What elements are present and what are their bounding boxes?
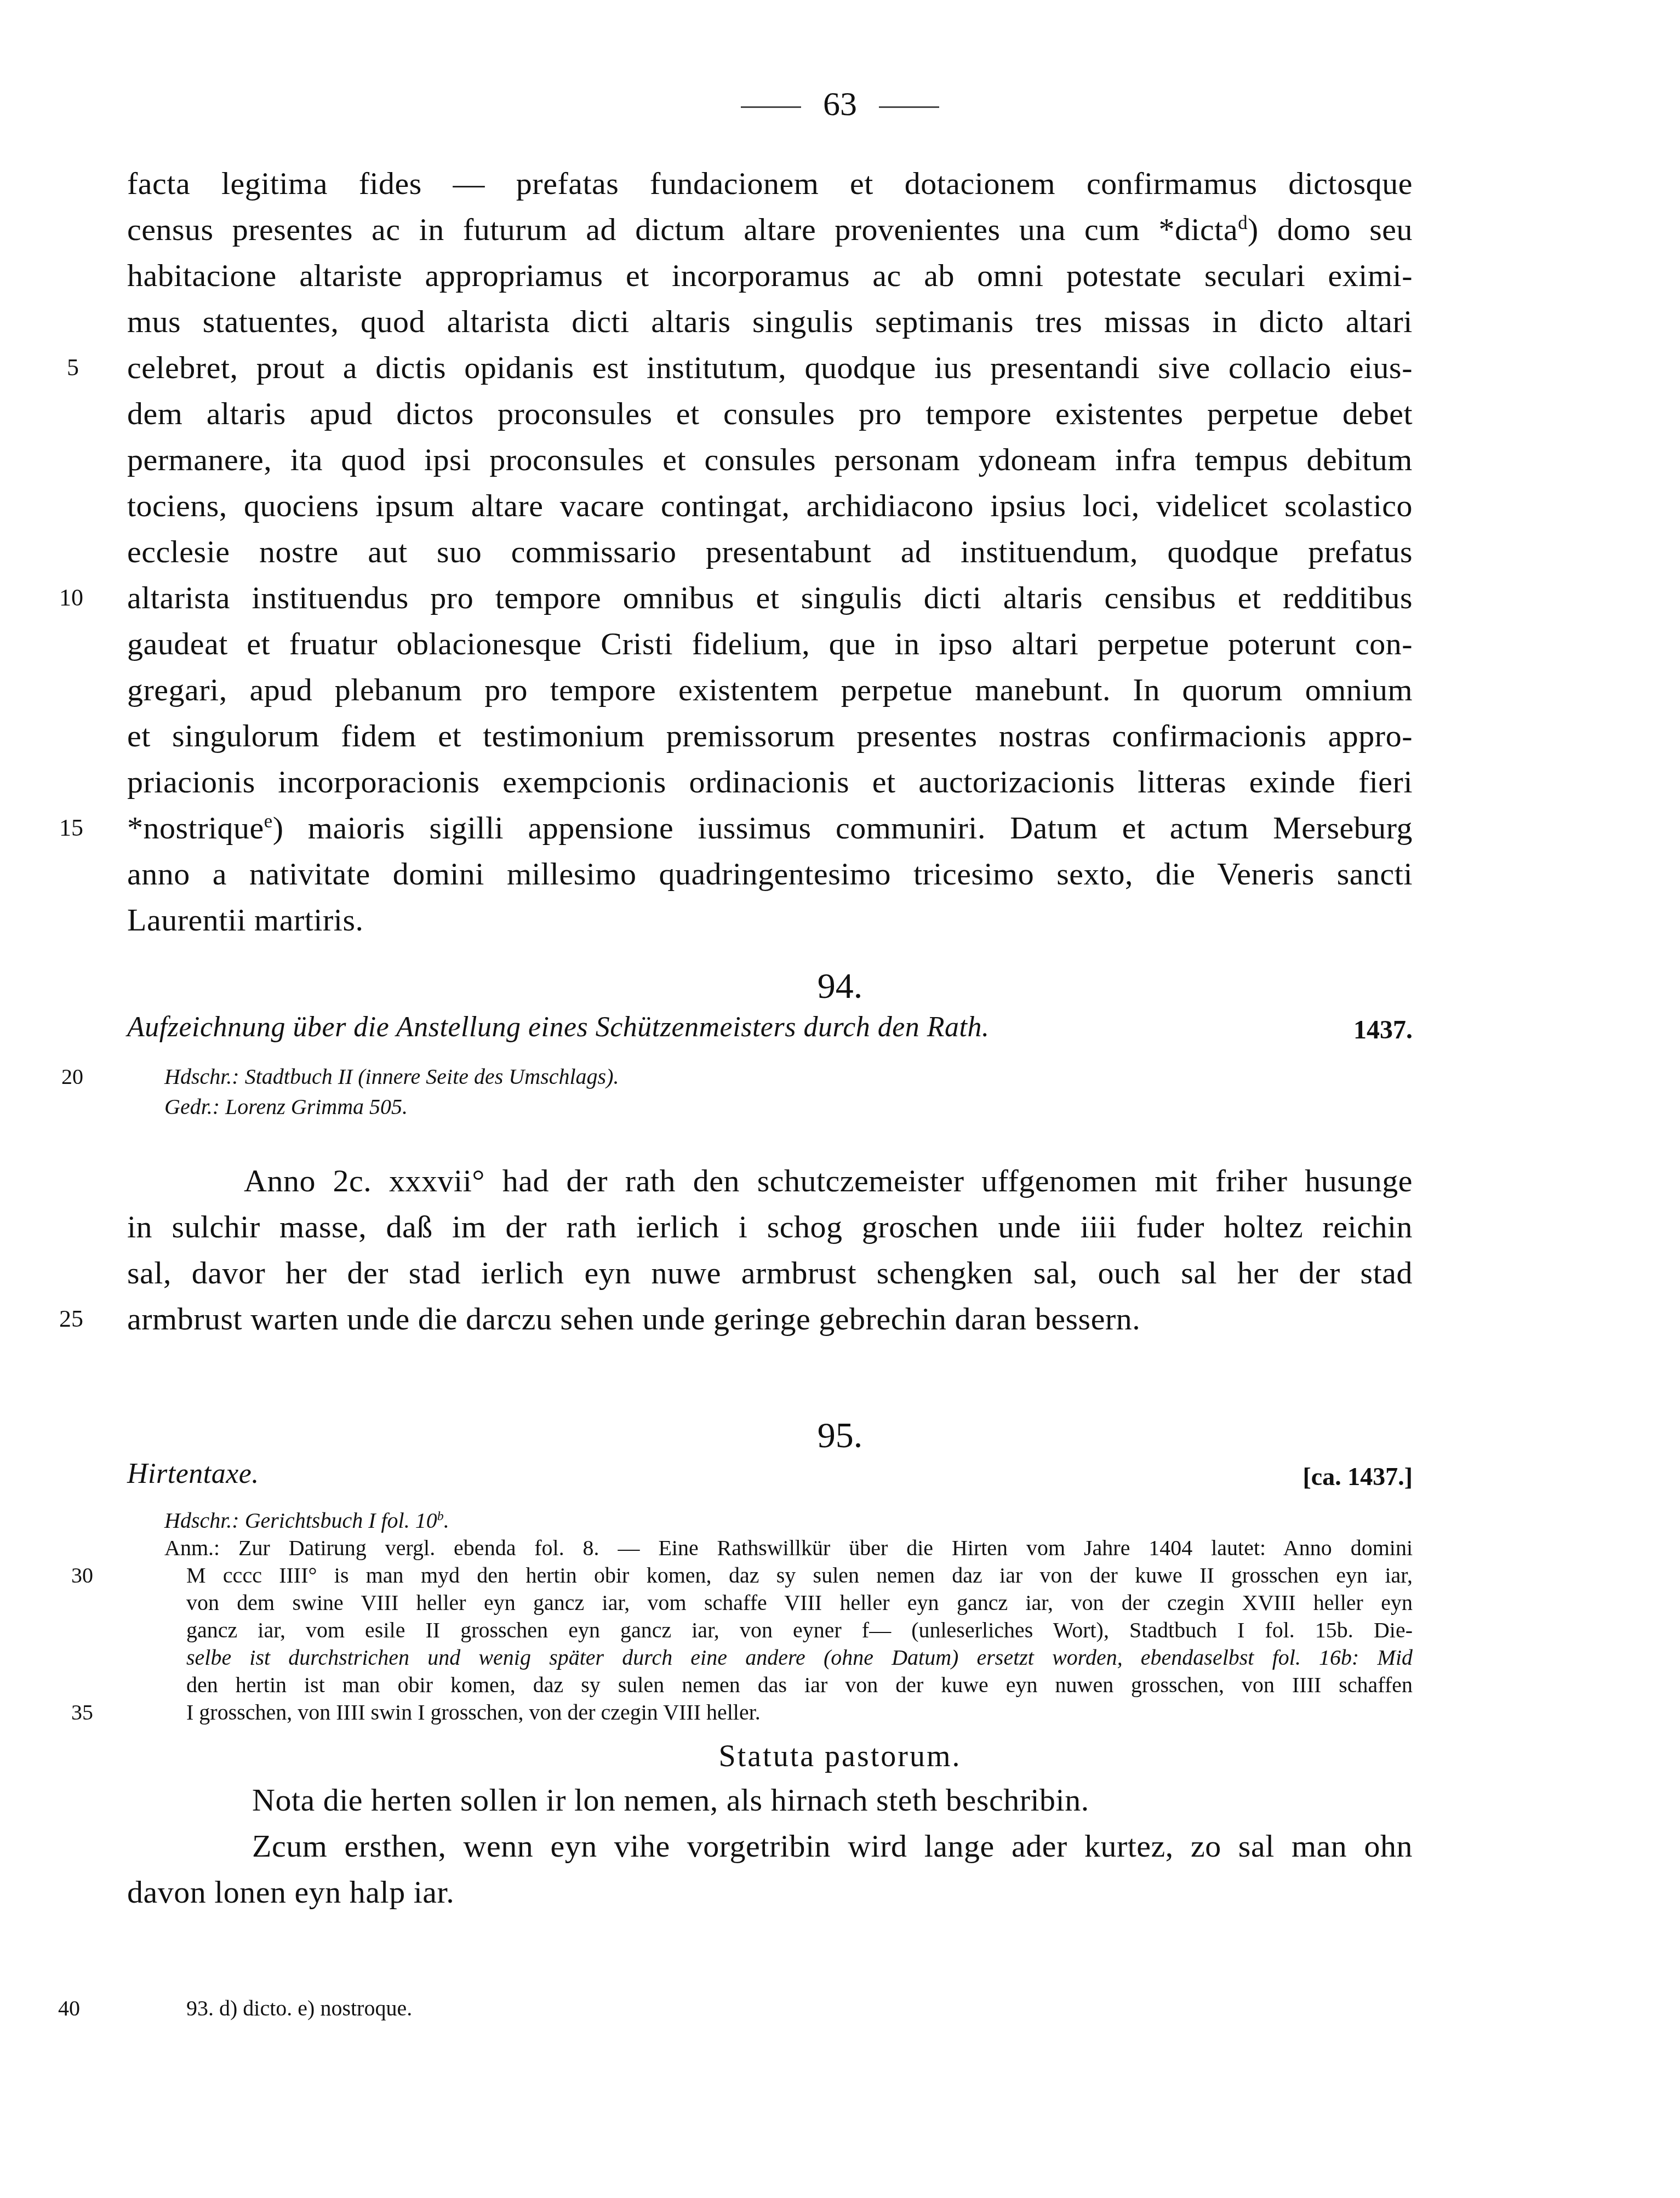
- line-number: 10: [59, 579, 114, 617]
- document-title: Aufzeichnung über die Anstellung eines S…: [127, 1008, 1223, 1047]
- document-title: Hirtentaxe.: [127, 1455, 675, 1493]
- text-line: armbrust warten unde die darczu sehen un…: [127, 1300, 1413, 1338]
- document-date: [ca. 1437.]: [1302, 1458, 1413, 1496]
- document-number: 94.: [0, 964, 1680, 1008]
- document-number: 95.: [0, 1414, 1680, 1458]
- line-number: 25: [59, 1300, 114, 1338]
- annotation-line: von dem swine VIII heller eyn gancz iar,…: [186, 1589, 1413, 1617]
- text-line: Anno 2c. xxxvii° had der rath den schutc…: [244, 1162, 1413, 1200]
- line-number: 40: [58, 1995, 113, 2022]
- text-line: davon lonen eyn halp iar.: [127, 1873, 1413, 1911]
- text-line: celebret, prout a dictis opidanis est in…: [127, 349, 1413, 387]
- document-page: 63 facta legitima fides — prefatas funda…: [0, 0, 1680, 2198]
- header-rule-right: [879, 106, 939, 108]
- page-number: 63: [823, 85, 857, 123]
- line-number: 30: [71, 1562, 126, 1589]
- line-number: 20: [61, 1063, 116, 1091]
- text-line: census presentes ac in futurum ad dictum…: [127, 210, 1413, 249]
- text-line: *nostriquee) maioris sigilli appensione …: [127, 809, 1413, 847]
- header-rule-left: [741, 106, 801, 108]
- annotation-line: gancz iar, vom esile II grosschen eyn ga…: [186, 1617, 1413, 1644]
- text-line: altarista instituendus pro tempore omnib…: [127, 579, 1413, 617]
- source-print: Gedr.: Lorenz Grimma 505.: [164, 1093, 1413, 1121]
- text-line: Laurentii martiris.: [127, 901, 1413, 939]
- text-line: Nota die herten sollen ir lon nemen, als…: [252, 1781, 1538, 1819]
- text-line: dem altaris apud dictos proconsules et c…: [127, 395, 1413, 433]
- text-line: Zcum ersthen, wenn eyn vihe vorgetribin …: [252, 1827, 1413, 1865]
- text-line: et singulorum fidem et testimonium premi…: [127, 717, 1413, 755]
- text-line: sal, davor her der stad ierlich eyn nuwe…: [127, 1254, 1413, 1292]
- text-line: anno a nativitate domini millesimo quadr…: [127, 855, 1413, 893]
- text-line: mus statuentes, quod altarista dicti alt…: [127, 302, 1413, 341]
- annotation-line: selbe ist durchstrichen und wenig später…: [186, 1644, 1413, 1671]
- text-line: permanere, ita quod ipsi proconsules et …: [127, 441, 1413, 479]
- line-number: 5: [67, 349, 122, 387]
- line-number: 35: [71, 1699, 126, 1726]
- text-line: priacionis incorporacionis exempcionis o…: [127, 763, 1413, 801]
- section-subheading: Statuta pastorum.: [0, 1737, 1680, 1775]
- text-line: gregari, apud plebanum pro tempore exist…: [127, 671, 1413, 709]
- text-line: gaudeat et fruatur oblacionesque Cristi …: [127, 625, 1413, 663]
- text-line: in sulchir masse, daß im der rath ierlic…: [127, 1208, 1413, 1246]
- text-line: tociens, quociens ipsum altare vacare co…: [127, 487, 1413, 525]
- source-manuscript: Hdschr.: Stadtbuch II (innere Seite des …: [164, 1063, 1413, 1091]
- annotation-line: M cccc IIII° is man myd den hertin obir …: [186, 1562, 1413, 1589]
- source-manuscript: Hdschr.: Gerichtsbuch I fol. 10b.: [164, 1507, 1413, 1534]
- text-line: ecclesie nostre aut suo commissario pres…: [127, 533, 1413, 571]
- footnote-text: 93. d) dicto. e) nostroque.: [186, 1995, 1413, 2022]
- document-date: 1437.: [1353, 1011, 1413, 1049]
- annotation-line: den hertin ist man obir komen, daz sy su…: [186, 1671, 1413, 1699]
- annotation-line: I grosschen, von IIII swin I grosschen, …: [186, 1699, 1413, 1726]
- text-line: habitacione altariste appropriamus et in…: [127, 256, 1413, 295]
- page-header: 63: [0, 82, 1680, 126]
- text-line: facta legitima fides — prefatas fundacio…: [127, 164, 1413, 203]
- line-number: 15: [59, 809, 114, 847]
- annotation-line: Anm.: Zur Datirung vergl. ebenda fol. 8.…: [164, 1534, 1413, 1562]
